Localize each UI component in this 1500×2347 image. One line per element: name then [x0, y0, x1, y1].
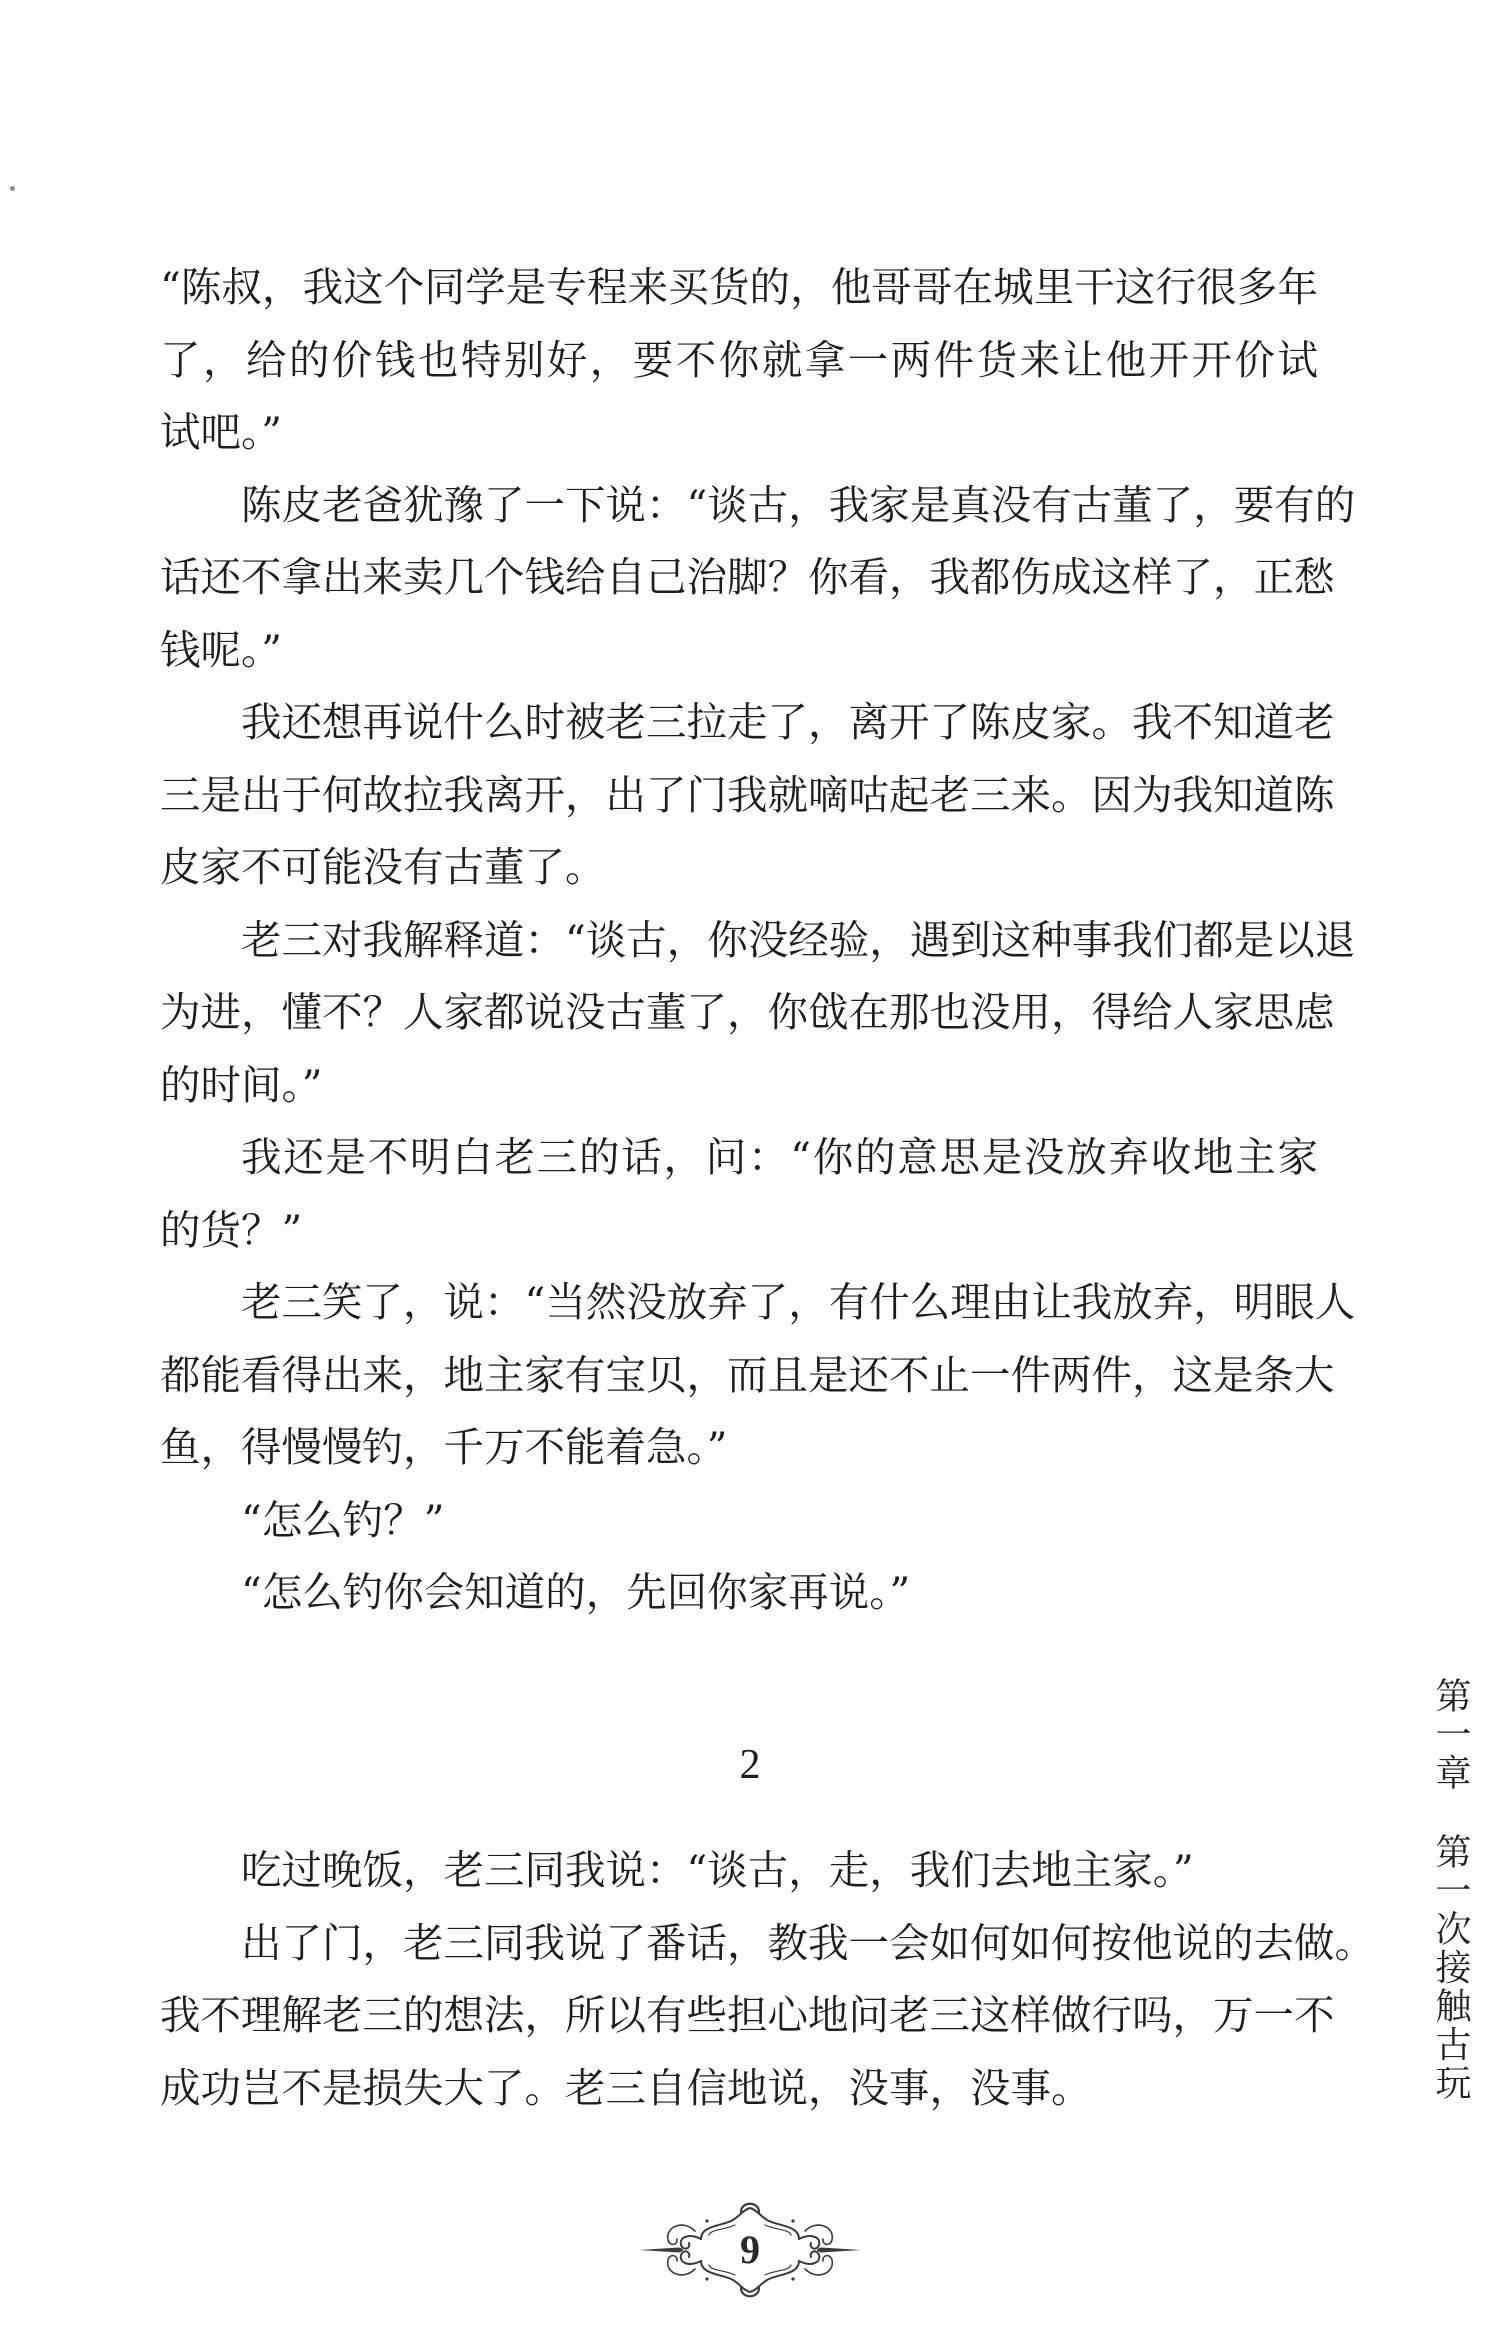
scan-artifact-dot [10, 186, 15, 191]
text-line: 我还想再说什么时被老三拉走了，离开了陈皮家。我不知道老 [160, 686, 1318, 759]
paragraph: “怎么钓你会知道的，先回你家再说。” [160, 1556, 1318, 1629]
text-line: 钱呢。” [160, 614, 1318, 687]
running-head-chapter: 第一章 [1431, 1677, 1469, 1793]
text-line: 成功岂不是损失大了。老三自信地说，没事，没事。 [160, 2052, 1318, 2125]
text-line: 的时间。” [160, 1049, 1318, 1122]
body-text-section-2: 吃过晚饭，老三同我说：“谈古，走，我们去地主家。” 出了门，老三同我说了番话，教… [160, 1834, 1318, 2124]
text-line: 的货？” [160, 1194, 1318, 1267]
text-line: 话还不拿出来卖几个钱给自己治脚？你看，我都伤成这样了，正愁 [160, 541, 1318, 614]
text-line: 了，给的价钱也特别好，要不你就拿一两件货来让他开开价试 [160, 324, 1318, 397]
running-head-chapter-tab: 第一章 第一次接触古玩 [1431, 1677, 1469, 2102]
paragraph: 我还是不明白老三的话，问：“你的意思是没放弃收地主家 的货？” [160, 1121, 1318, 1266]
text-line: “陈叔，我这个同学是专程来买货的，他哥哥在城里干这行很多年 [160, 251, 1318, 324]
text-line: 老三笑了，说：“当然没放弃了，有什么理由让我放弃，明眼人 [160, 1266, 1318, 1339]
page-number: 9 [637, 2195, 863, 2305]
paragraph: 老三对我解释道：“谈古，你没经验，遇到这种事我们都是以退 为进，懂不？人家都说没… [160, 904, 1318, 1122]
text-line: 试吧。” [160, 396, 1318, 469]
paragraph: “怎么钓？” [160, 1484, 1318, 1557]
paragraph: 陈皮老爸犹豫了一下说：“谈古，我家是真没有古董了，要有的 话还不拿出来卖几个钱给… [160, 469, 1318, 687]
text-line: 鱼，得慢慢钓，千万不能着急。” [160, 1411, 1318, 1484]
text-line: 我还是不明白老三的话，问：“你的意思是没放弃收地主家 [160, 1121, 1318, 1194]
section-heading: 2 [0, 1729, 1500, 1801]
text-line: 我不理解老三的想法，所以有些担心地问老三这样做行吗，万一不 [160, 1979, 1318, 2052]
body-text-section-1: “陈叔，我这个同学是专程来买货的，他哥哥在城里干这行很多年 了，给的价钱也特别好… [160, 251, 1318, 1629]
page-footer: 9 [637, 2195, 863, 2305]
text-line: 吃过晚饭，老三同我说：“谈古，走，我们去地主家。” [160, 1834, 1318, 1907]
paragraph: 老三笑了，说：“当然没放弃了，有什么理由让我放弃，明眼人 都能看得出来，地主家有… [160, 1266, 1318, 1484]
text-line: 老三对我解释道：“谈古，你没经验，遇到这种事我们都是以退 [160, 904, 1318, 977]
text-line: 为进，懂不？人家都说没古董了，你戗在那也没用，得给人家思虑 [160, 976, 1318, 1049]
text-line: 三是出于何故拉我离开，出了门我就嘀咕起老三来。因为我知道陈 [160, 759, 1318, 832]
paragraph: “陈叔，我这个同学是专程来买货的，他哥哥在城里干这行很多年 了，给的价钱也特别好… [160, 251, 1318, 469]
paragraph: 我还想再说什么时被老三拉走了，离开了陈皮家。我不知道老 三是出于何故拉我离开，出… [160, 686, 1318, 904]
text-line: 都能看得出来，地主家有宝贝，而且是还不止一件两件，这是条大 [160, 1339, 1318, 1412]
text-line: 出了门，老三同我说了番话，教我一会如何如何按他说的去做。 [160, 1907, 1318, 1980]
text-line: 皮家不可能没有古董了。 [160, 831, 1318, 904]
paragraph: 吃过晚饭，老三同我说：“谈古，走，我们去地主家。” [160, 1834, 1318, 1907]
text-line: 陈皮老爸犹豫了一下说：“谈古，我家是真没有古董了，要有的 [160, 469, 1318, 542]
paragraph: 出了门，老三同我说了番话，教我一会如何如何按他说的去做。 我不理解老三的想法，所… [160, 1907, 1318, 2125]
text-line: “怎么钓你会知道的，先回你家再说。” [160, 1556, 1318, 1629]
text-line: “怎么钓？” [160, 1484, 1318, 1557]
running-head-title: 第一次接触古玩 [1431, 1833, 1469, 2103]
